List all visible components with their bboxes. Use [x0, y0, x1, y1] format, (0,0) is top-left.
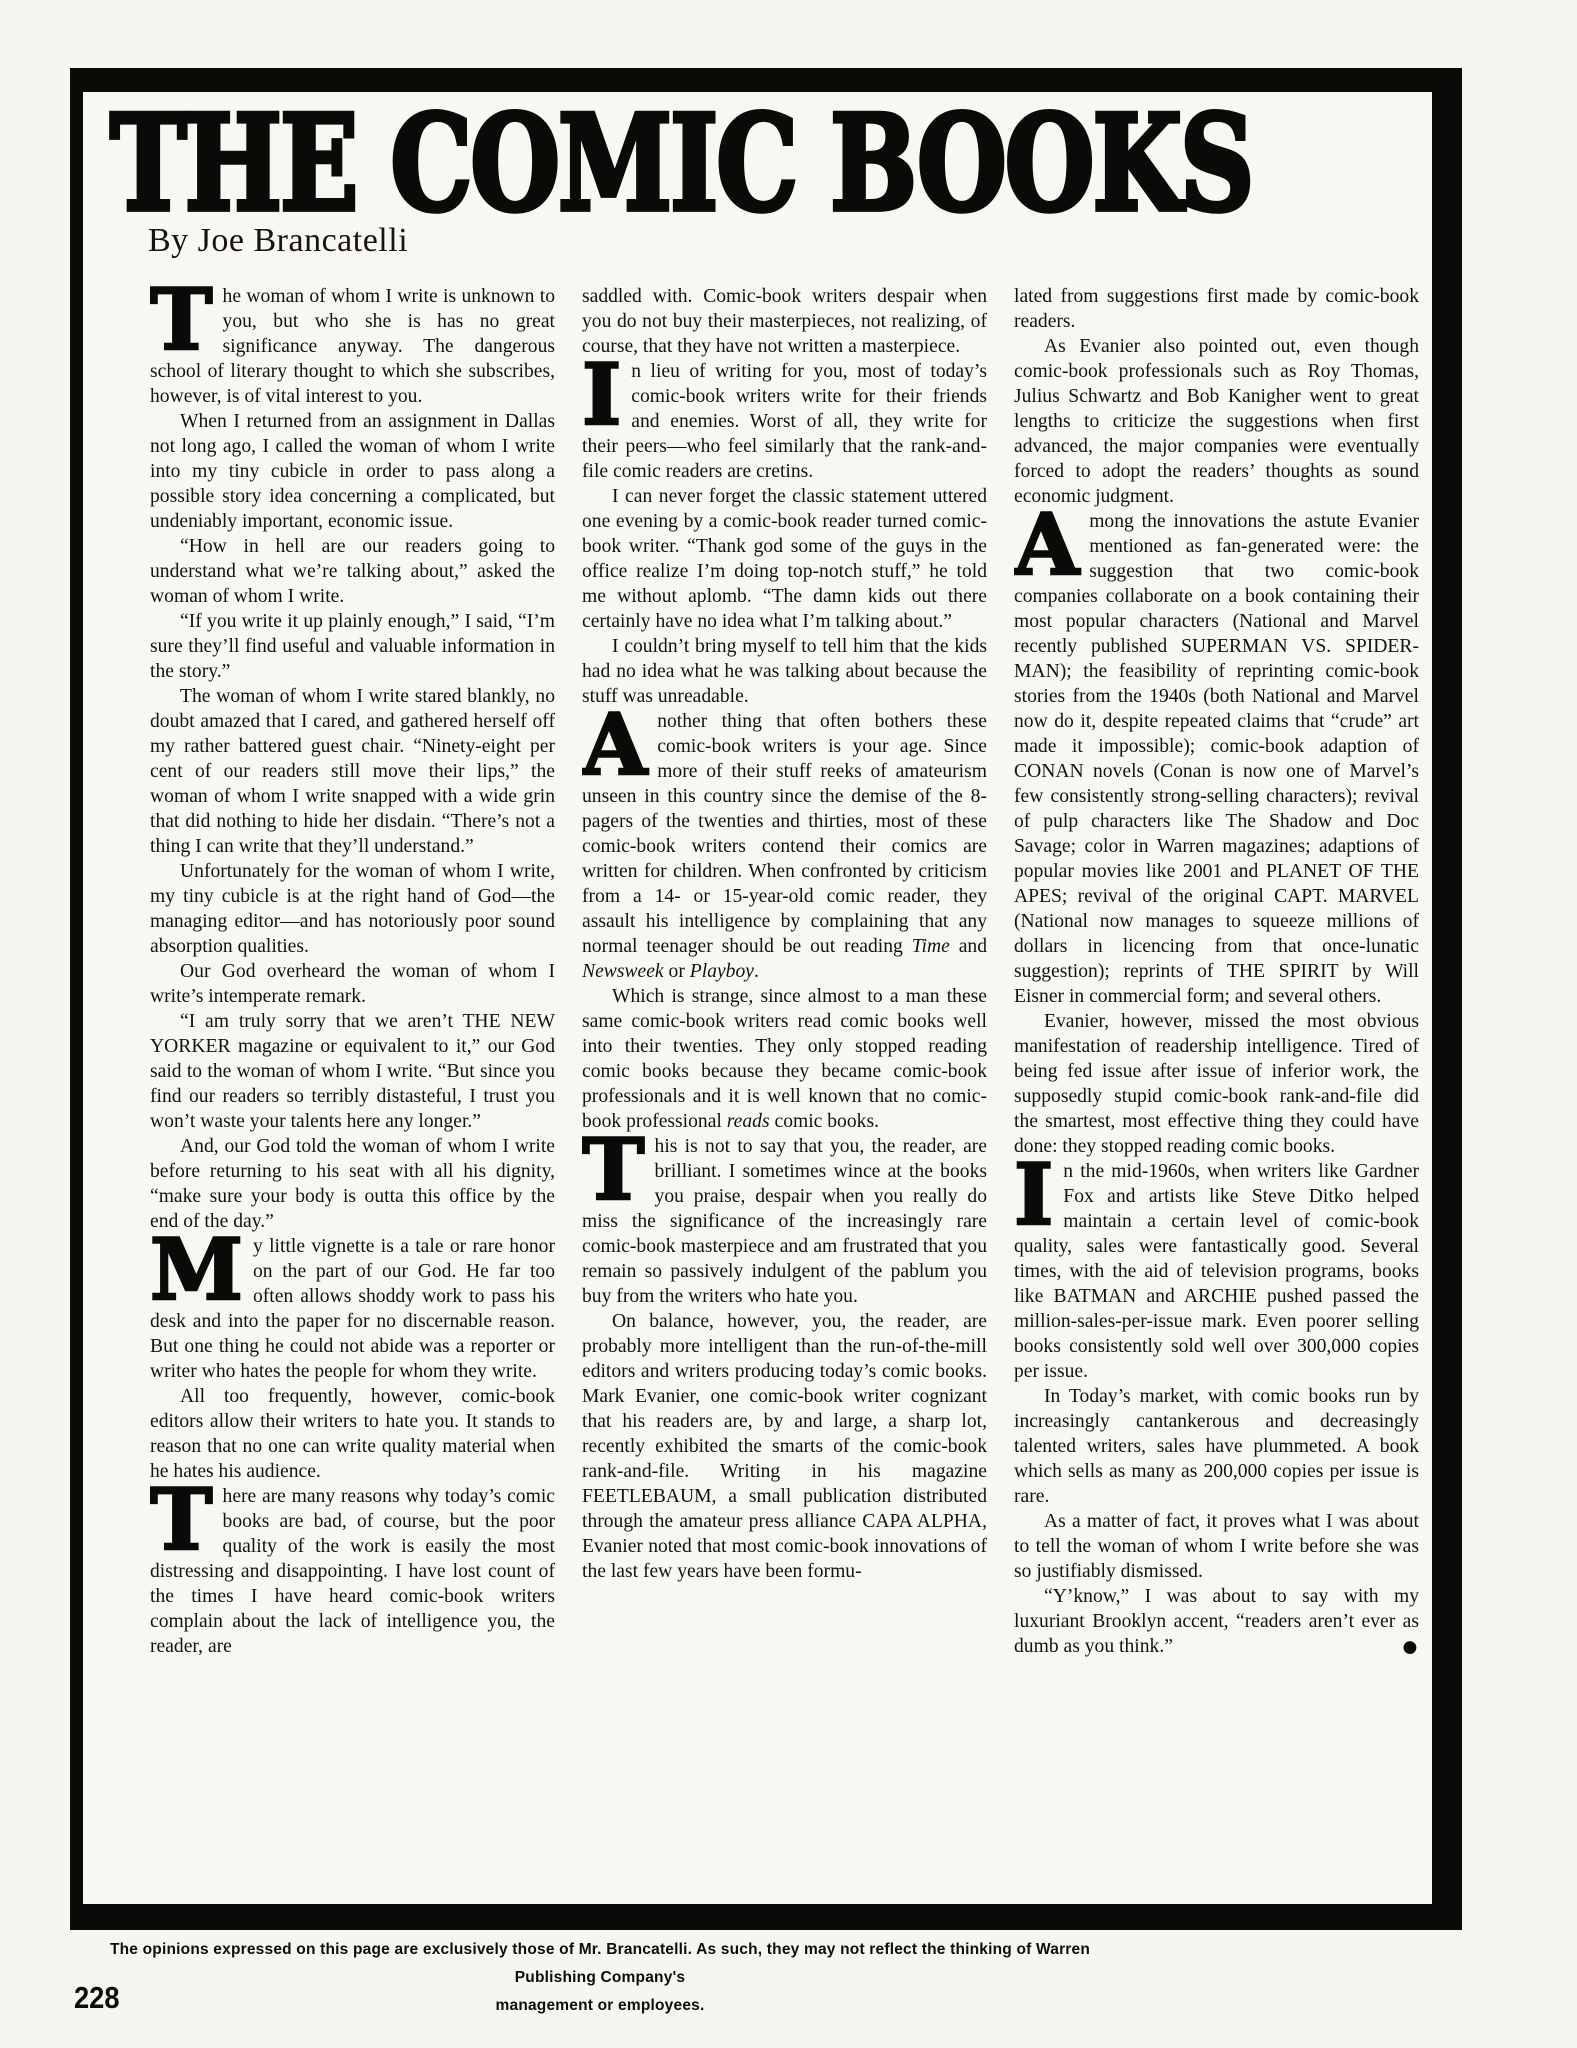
paragraph: I can never forget the classic statement…: [582, 484, 987, 634]
footer-line: management or employees.: [100, 1992, 1100, 2020]
byline: By Joe Brancatelli: [148, 222, 408, 259]
paragraph: saddled with. Comic-book writers despair…: [582, 284, 987, 359]
paragraph: Among the innovations the astute Evanier…: [1014, 509, 1419, 1009]
paragraph: Which is strange, since almost to a man …: [582, 984, 987, 1134]
paragraph: And, our God told the woman of whom I wr…: [150, 1134, 555, 1234]
text-column: The woman of whom I write is unknown to …: [150, 284, 555, 1884]
paragraph: In lieu of writing for you, most of toda…: [582, 359, 987, 484]
page-number: 228: [74, 1980, 120, 2016]
drop-cap: I: [582, 362, 621, 432]
article-title: THE COMIC BOOKS: [110, 98, 1252, 230]
text-column: saddled with. Comic-book writers despair…: [582, 284, 987, 1884]
footer-disclaimer: The opinions expressed on this page are …: [100, 1936, 1100, 2020]
paragraph: In Today’s market, with comic books run …: [1014, 1384, 1419, 1509]
drop-cap: A: [1014, 512, 1079, 582]
paragraph: lated from suggestions first made by com…: [1014, 284, 1419, 334]
paragraph: There are many reasons why today’s comic…: [150, 1484, 555, 1659]
paragraph: When I returned from an assignment in Da…: [150, 409, 555, 534]
paragraph: Another thing that often bothers these c…: [582, 709, 987, 984]
paragraph: Unfortunately for the woman of whom I wr…: [150, 859, 555, 959]
paragraph: I couldn’t bring myself to tell him that…: [582, 634, 987, 709]
drop-cap: T: [150, 287, 213, 357]
drop-cap: T: [150, 1487, 213, 1557]
text-column: lated from suggestions first made by com…: [1014, 284, 1419, 1884]
drop-cap: T: [582, 1137, 645, 1207]
drop-cap: I: [1014, 1162, 1053, 1232]
paragraph: All too frequently, however, comic-book …: [150, 1384, 555, 1484]
paragraph: The woman of whom I write stared blankly…: [150, 684, 555, 859]
footer-line: The opinions expressed on this page are …: [100, 1936, 1100, 1992]
paragraph: On balance, however, you, the reader, ar…: [582, 1309, 987, 1584]
paragraph: “Y’know,” I was about to say with my lux…: [1014, 1584, 1419, 1659]
end-mark: ●: [1371, 1634, 1419, 1659]
paragraph: The woman of whom I write is unknown to …: [150, 284, 555, 409]
paragraph: “I am truly sorry that we aren’t THE NEW…: [150, 1009, 555, 1134]
paragraph: As Evanier also pointed out, even though…: [1014, 334, 1419, 509]
paragraph: Evanier, however, missed the most obviou…: [1014, 1009, 1419, 1159]
paragraph: My little vignette is a tale or rare hon…: [150, 1234, 555, 1384]
paragraph: “How in hell are our readers going to un…: [150, 534, 555, 609]
magazine-page: { "page": { "title": "THE COMIC BOOKS", …: [0, 0, 1577, 2048]
drop-cap: M: [150, 1237, 243, 1307]
paragraph: In the mid-1960s, when writers like Gard…: [1014, 1159, 1419, 1384]
paragraph: Our God overheard the woman of whom I wr…: [150, 959, 555, 1009]
paragraph: “If you write it up plainly enough,” I s…: [150, 609, 555, 684]
drop-cap: A: [582, 712, 647, 782]
paragraph: As a matter of fact, it proves what I wa…: [1014, 1509, 1419, 1584]
article-columns: The woman of whom I write is unknown to …: [150, 284, 1419, 1884]
paragraph: This is not to say that you, the reader,…: [582, 1134, 987, 1309]
